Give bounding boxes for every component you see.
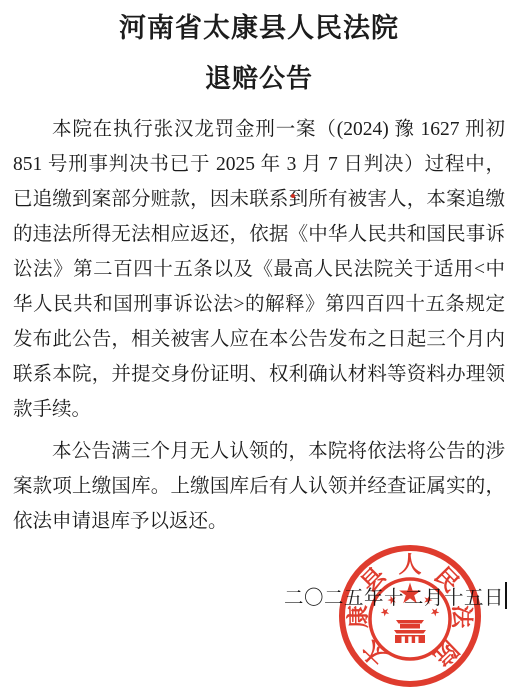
body-paragraph: 本公告满三个月无人认领的，本院将依法将公告的涉案款项上缴国库。上缴国库后有人认领… — [13, 434, 505, 539]
red-speck — [291, 194, 295, 198]
seal-character: 院 — [429, 636, 463, 670]
body-paragraph: 本院在执行张汉龙罚金刑一案（(2024) 豫 1627 刑初 851 号刑事判决… — [13, 112, 505, 427]
document-page: 河南省太康县人民法院 退赔公告 本院在执行张汉龙罚金刑一案（(2024) 豫 1… — [0, 0, 518, 700]
seal-character: 人 — [399, 552, 422, 577]
document-subtitle: 退赔公告 — [0, 64, 518, 92]
seal-character: 太 — [357, 636, 391, 670]
court-seal-graphic: 太康县人民法院 — [335, 541, 485, 691]
document-title: 河南省太康县人民法院 — [0, 0, 518, 43]
seal-outer-ring — [342, 548, 478, 684]
document-date: 二〇二五年十二月十五日 — [284, 588, 504, 609]
seal-arc-text: 太康县人民法院 — [345, 552, 474, 670]
tiananmen-gate — [394, 620, 426, 643]
official-seal: 太康县人民法院 — [335, 541, 485, 691]
announcement-body: 本院在执行张汉龙罚金刑一案（(2024) 豫 1627 刑初 851 号刑事判决… — [13, 112, 505, 539]
date-row: 二〇二五年十二月十五日 — [0, 582, 507, 610]
text-cursor[interactable] — [505, 582, 507, 609]
